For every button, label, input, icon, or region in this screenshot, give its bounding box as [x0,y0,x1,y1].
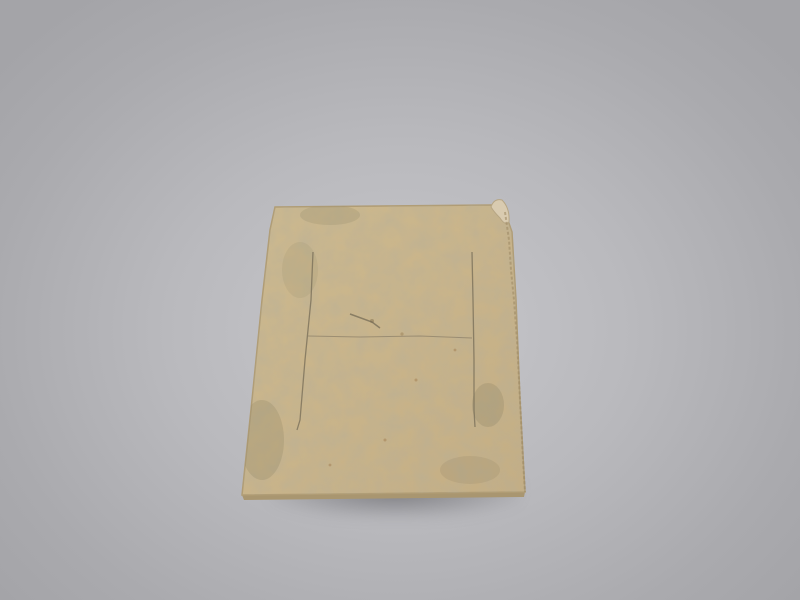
stain-left [240,400,284,480]
stain-top [300,205,360,225]
stain-bottom-right [440,456,500,484]
paper-card [0,0,800,600]
paper-texture [240,200,530,500]
stain-right [472,383,504,427]
